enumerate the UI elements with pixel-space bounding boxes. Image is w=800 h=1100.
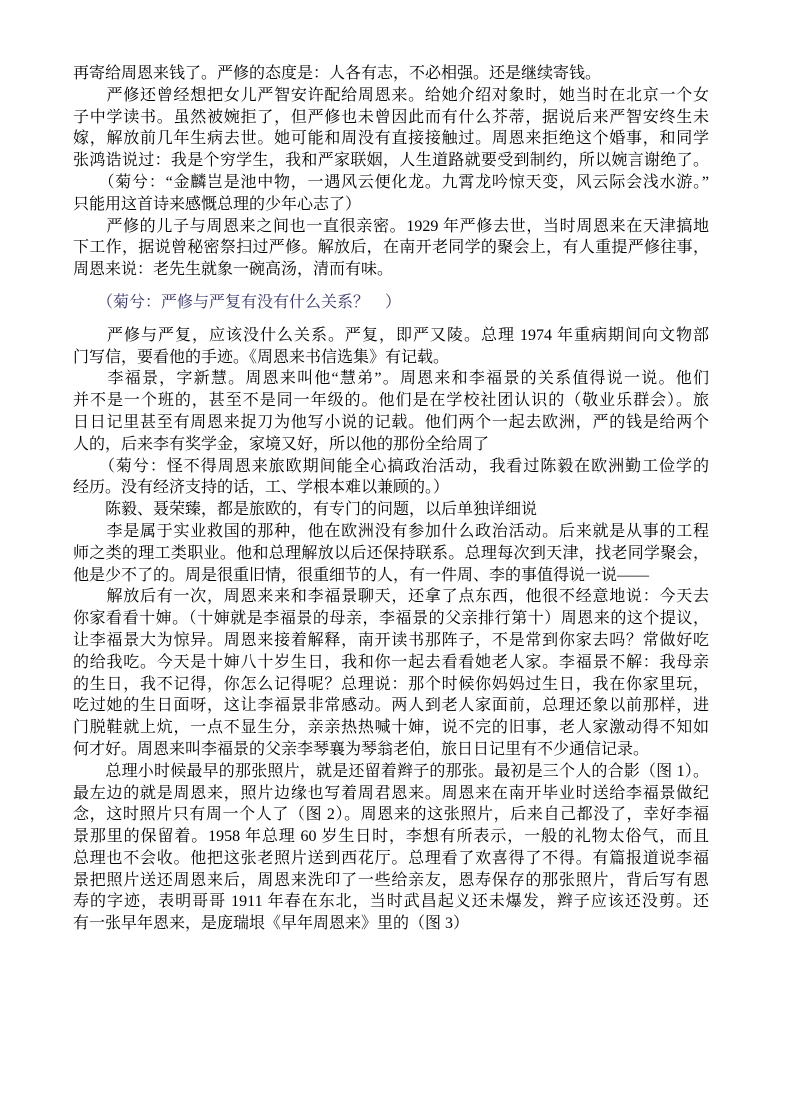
document-page: 再寄给周恩来钱了。严修的态度是：人各有志，不必相强。还是继续寄钱。 严修还曾经想… [0, 0, 800, 1100]
text-line: 师之类的理工类职业。他和总理解放以后还保持联系。总理每次到天津，找老同学聚会， [73, 543, 709, 565]
text-line: 门脱鞋就上炕，一点不显生分，亲亲热热喊十婶，说不完的旧事，老人家激动得不知如 [73, 717, 709, 739]
text-line: 人的，后来李有奖学金，家境又好，所以他的那份全给周了 [73, 434, 709, 456]
text-line: 下工作，据说曾秘密祭扫过严修。解放后，在南开老同学的聚会上，有人重提严修往事， [73, 237, 709, 259]
text-line: 日日记里甚至有周恩来捉刀为他写小说的记载。他们两个一起去欧洲，严的钱是给两个 [73, 412, 709, 434]
text-line: 经历。没有经济支持的话，工、学根本难以兼顾的。） [73, 477, 709, 499]
text-line: 有一张早年恩来，是庞瑞垠《早年周恩来》里的（图 3） [73, 913, 709, 935]
text-line: 总理也不会收。他把这张老照片送到西花厅。总理看了欢喜得了不得。有篇报道说李福 [73, 848, 709, 870]
document-body: 再寄给周恩来钱了。严修的态度是：人各有志，不必相强。还是继续寄钱。 严修还曾经想… [73, 63, 709, 935]
text-line: 何才好。周恩来叫李福景的父亲李琴襄为琴翁老伯，旅日日记里有不少通信记录。 [73, 739, 709, 761]
text-line: 吃过她的生日面呀，这让李福景非常感动。两人到老人家面前，总理还象以前那样，进 [73, 695, 709, 717]
text-line: 的生日，我不记得，你怎么记得呢？总理说：那个时候你妈妈过生日，我在你家里玩， [73, 674, 709, 696]
text-line: 李是属于实业救国的那种，他在欧洲没有参加什么政治活动。后来就是从事的工程 [73, 521, 709, 543]
text-line: 寿的字迹，表明哥哥 1911 年春在东北，当时武昌起义还未爆发，辫子应该还没剪。… [73, 891, 709, 913]
text-line: 子中学读书。虽然被婉拒了，但严修也未曾因此而有什么芥蒂，据说后来严智安终生未 [73, 107, 709, 129]
text-line: 最左边的就是周恩来，照片边缘也写着周君恩来。周恩来在南开毕业时送给李福景做纪 [73, 783, 709, 805]
text-line: 嫁，解放前几年生病去世。她可能和周没有直接接触过。周恩来拒绝这个婚事，和同学 [73, 128, 709, 150]
text-line: 的给我吃。今天是十婶八十岁生日，我和你一起去看看她老人家。李福景不解：我母亲 [73, 652, 709, 674]
text-line: 再寄给周恩来钱了。严修的态度是：人各有志，不必相强。还是继续寄钱。 [73, 63, 709, 85]
text-line: 门写信，要看他的手迹。《周恩来书信选集》有记载。 [73, 347, 709, 369]
text-line: 严修还曾经想把女儿严智安许配给周恩来。给她介绍对象时，她当时在北京一个女 [73, 85, 709, 107]
text-line: 周恩来说：老先生就象一碗高汤，清而有味。 [73, 259, 709, 281]
text-line: 你家看看十婶。（十婶就是李福景的母亲，李福景的父亲排行第十）周恩来的这个提议， [73, 608, 709, 630]
text-line: 严修与严复，应该没什么关系。严复，即严又陵。总理 1974 年重病期间向文物部 [73, 325, 709, 347]
text-line: 李福景，字新慧。周恩来叫他“慧弟”。周恩来和李福景的关系值得说一说。他们 [73, 368, 709, 390]
text-line: 他是少不了的。周是很重旧情，很重细节的人，有一件周、李的事值得说一说—— [73, 565, 709, 587]
text-line: 并不是一个班的，甚至不是同一年级的。他们是在学校社团认识的（敬业乐群会）。旅 [73, 390, 709, 412]
text-line: 让李福景大为惊异。周恩来接着解释，南开读书那阵子，不是常到你家去吗？常做好吃 [73, 630, 709, 652]
text-line: 景把照片送还周恩来后，周恩来洗印了一些给亲友，恩寿保存的那张照片，背后写有恩 [73, 870, 709, 892]
text-line: 解放后有一次，周恩来来和李福景聊天，还拿了点东西，他很不经意地说：今天去 [73, 586, 709, 608]
text-line: 念，这时照片只有周一个人了（图 2）。周恩来的这张照片，后来自己都没了，幸好李福 [73, 804, 709, 826]
text-line: 张鸿诰说过：我是个穷学生，我和严家联姻，人生道路就要受到制约，所以婉言谢绝了。 [73, 150, 709, 172]
annotation-line: （菊兮：严修与严复有没有什么关系？ ） [73, 292, 709, 314]
text-line: 陈毅、聂荣臻，都是旅欧的，有专门的问题，以后单独详细说 [73, 499, 709, 521]
text-line: 景那里的保留着。1958 年总理 60 岁生日时，李想有所表示，一般的礼物太俗气… [73, 826, 709, 848]
text-line: 只能用这首诗来感慨总理的少年心志了） [73, 194, 709, 216]
text-line: 总理小时候最早的那张照片，就是还留着辫子的那张。最初是三个人的合影（图 1）。 [73, 761, 709, 783]
text-line: 严修的儿子与周恩来之间也一直很亲密。1929 年严修去世，当时周恩来在天津搞地 [73, 216, 709, 238]
text-line: （菊兮：怪不得周恩来旅欧期间能全心搞政治活动，我看过陈毅在欧洲勤工俭学的 [73, 456, 709, 478]
text-line: （菊兮：“金麟岂是池中物，一遇风云便化龙。九霄龙吟惊天变，风云际会浅水游。” [73, 172, 709, 194]
